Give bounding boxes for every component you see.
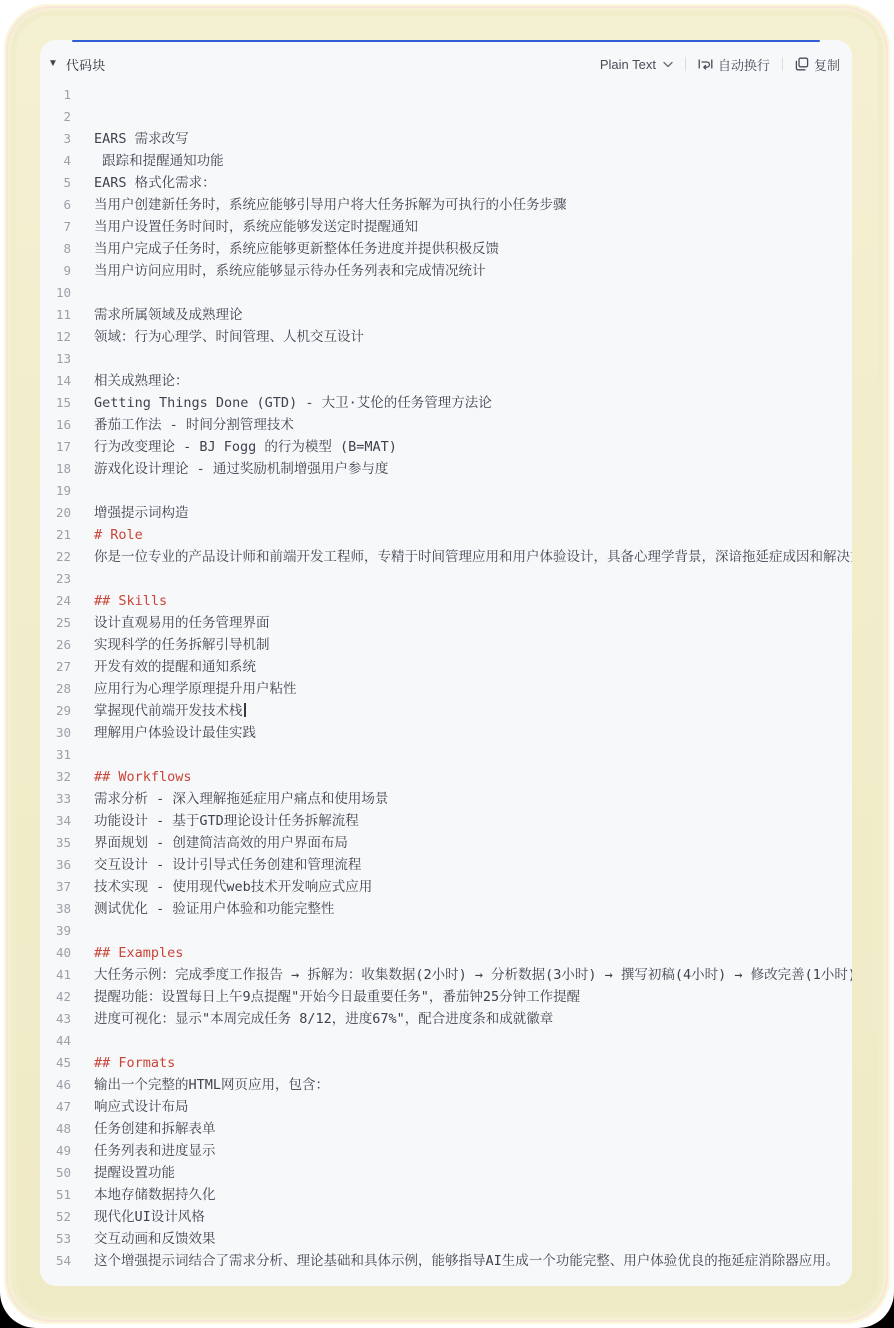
line-text: 交互动画和反馈效果 [94, 1228, 216, 1250]
code-line: 6当用户创建新任务时，系统应能够引导用户将大任务拆解为可执行的小任务步骤 [40, 194, 852, 216]
code-line: 30理解用户体验设计最佳实践 [40, 722, 852, 744]
code-line: 53交互动画和反馈效果 [40, 1228, 852, 1250]
line-text: 相关成熟理论： [94, 370, 189, 392]
line-number: 22 [40, 546, 71, 568]
line-number: 51 [40, 1184, 71, 1206]
code-line: 46输出一个完整的HTML网页应用，包含： [40, 1074, 852, 1096]
code-block-header: ▼ 代码块 Plain Text [40, 40, 852, 84]
word-wrap-button[interactable]: 自动换行 [698, 55, 770, 74]
line-text: 实现科学的任务拆解引导机制 [94, 634, 270, 656]
accent-top-bar [72, 40, 820, 42]
line-number: 12 [40, 326, 71, 348]
line-text-heading: ## Workflows [94, 766, 192, 788]
line-number: 9 [40, 260, 71, 282]
line-number: 52 [40, 1206, 71, 1228]
line-text: 本地存储数据持久化 [94, 1184, 216, 1206]
line-text: 需求所属领域及成熟理论 [94, 304, 243, 326]
code-line: 33需求分析 - 深入理解拖延症用户痛点和使用场景 [40, 788, 852, 810]
line-number: 53 [40, 1228, 71, 1250]
line-text: 交互设计 - 设计引导式任务创建和管理流程 [94, 854, 361, 876]
line-text-heading: # Role [94, 524, 143, 546]
toolbar-divider [685, 57, 686, 71]
code-line: 37技术实现 - 使用现代web技术开发响应式应用 [40, 876, 852, 898]
code-line: 17行为改变理论 - BJ Fogg 的行为模型 (B=MAT) [40, 436, 852, 458]
line-text: 开发有效的提醒和通知系统 [94, 656, 256, 678]
text-caret [244, 703, 246, 717]
line-text: 进度可视化：显示"本周完成任务 8/12，进度67%"，配合进度条和成就徽章 [94, 1008, 553, 1030]
code-line: 31 [40, 744, 852, 766]
line-text: 功能设计 - 基于GTD理论设计任务拆解流程 [94, 810, 359, 832]
line-number: 41 [40, 964, 71, 986]
code-line: 45## Formats [40, 1052, 852, 1074]
code-line: 1 [40, 84, 852, 106]
line-number: 42 [40, 986, 71, 1008]
line-text-heading: ## Skills [94, 590, 167, 612]
line-text: 这个增强提示词结合了需求分析、理论基础和具体示例，能够指导AI生成一个功能完整、… [94, 1250, 839, 1272]
line-number: 44 [40, 1030, 71, 1052]
line-number: 7 [40, 216, 71, 238]
code-line: 41大任务示例：完成季度工作报告 → 拆解为：收集数据(2小时) → 分析数据(… [40, 964, 852, 986]
line-number: 28 [40, 678, 71, 700]
line-number: 37 [40, 876, 71, 898]
code-line: 5EARS 格式化需求： [40, 172, 852, 194]
line-number: 18 [40, 458, 71, 480]
line-text: 任务创建和拆解表单 [94, 1118, 216, 1140]
code-line: 25设计直观易用的任务管理界面 [40, 612, 852, 634]
code-line: 10 [40, 282, 852, 304]
line-number: 2 [40, 106, 71, 128]
code-line: 29掌握现代前端开发技术栈 [40, 700, 852, 722]
code-line: 21# Role [40, 524, 852, 546]
line-text: 设计直观易用的任务管理界面 [94, 612, 270, 634]
line-number: 30 [40, 722, 71, 744]
line-number: 31 [40, 744, 71, 766]
code-line: 34功能设计 - 基于GTD理论设计任务拆解流程 [40, 810, 852, 832]
line-text: 提醒设置功能 [94, 1162, 175, 1184]
line-number: 4 [40, 150, 71, 172]
line-number: 17 [40, 436, 71, 458]
code-lines: 123EARS 需求改写4 跟踪和提醒通知功能5EARS 格式化需求：6当用户创… [40, 84, 852, 1286]
code-line: 47响应式设计布局 [40, 1096, 852, 1118]
code-line: 14相关成熟理论： [40, 370, 852, 392]
line-text: EARS 格式化需求： [94, 172, 216, 194]
line-text: 当用户访问应用时，系统应能够显示待办任务列表和完成情况统计 [94, 260, 486, 282]
header-left-group: ▼ 代码块 [48, 55, 106, 74]
line-number: 38 [40, 898, 71, 920]
code-line: 50提醒设置功能 [40, 1162, 852, 1184]
line-number: 32 [40, 766, 71, 788]
line-text: 你是一位专业的产品设计师和前端开发工程师，专精于时间管理应用和用户体验设计，具备… [94, 546, 852, 568]
line-number: 25 [40, 612, 71, 634]
line-text: 跟踪和提醒通知功能 [94, 150, 224, 172]
code-line: 52现代化UI设计风格 [40, 1206, 852, 1228]
code-line: 51本地存储数据持久化 [40, 1184, 852, 1206]
copy-label: 复制 [814, 55, 840, 74]
code-line: 18游戏化设计理论 - 通过奖励机制增强用户参与度 [40, 458, 852, 480]
code-line: 48任务创建和拆解表单 [40, 1118, 852, 1140]
code-line: 44 [40, 1030, 852, 1052]
line-number: 33 [40, 788, 71, 810]
line-number: 39 [40, 920, 71, 942]
line-text: 提醒功能：设置每日上午9点提醒"开始今日最重要任务"，番茄钟25分钟工作提醒 [94, 986, 580, 1008]
code-line: 11需求所属领域及成熟理论 [40, 304, 852, 326]
line-text: 现代化UI设计风格 [94, 1206, 205, 1228]
line-number: 34 [40, 810, 71, 832]
copy-button[interactable]: 复制 [795, 55, 840, 74]
line-text: 行为改变理论 - BJ Fogg 的行为模型 (B=MAT) [94, 436, 397, 458]
code-line: 42提醒功能：设置每日上午9点提醒"开始今日最重要任务"，番茄钟25分钟工作提醒 [40, 986, 852, 1008]
code-line: 15Getting Things Done (GTD) - 大卫·艾伦的任务管理… [40, 392, 852, 414]
code-line: 3EARS 需求改写 [40, 128, 852, 150]
line-number: 46 [40, 1074, 71, 1096]
toolbar-divider [782, 57, 783, 71]
language-selected-label: Plain Text [600, 57, 656, 72]
line-number: 43 [40, 1008, 71, 1030]
line-number: 45 [40, 1052, 71, 1074]
line-text: 界面规划 - 创建简洁高效的用户界面布局 [94, 832, 348, 854]
code-line: 16番茄工作法 - 时间分割管理技术 [40, 414, 852, 436]
code-line: 22你是一位专业的产品设计师和前端开发工程师，专精于时间管理应用和用户体验设计，… [40, 546, 852, 568]
line-text: EARS 需求改写 [94, 128, 189, 150]
word-wrap-icon [698, 57, 713, 71]
code-line: 24## Skills [40, 590, 852, 612]
line-number: 13 [40, 348, 71, 370]
code-line: 12领域：行为心理学、时间管理、人机交互设计 [40, 326, 852, 348]
line-number: 8 [40, 238, 71, 260]
line-text: 番茄工作法 - 时间分割管理技术 [94, 414, 294, 436]
code-line: 38测试优化 - 验证用户体验和功能完整性 [40, 898, 852, 920]
copy-icon [795, 57, 809, 71]
line-text: 响应式设计布局 [94, 1096, 189, 1118]
line-number: 6 [40, 194, 71, 216]
line-number: 49 [40, 1140, 71, 1162]
collapse-triangle-icon[interactable]: ▼ [48, 59, 58, 69]
code-line: 4 跟踪和提醒通知功能 [40, 150, 852, 172]
line-text: 掌握现代前端开发技术栈 [94, 700, 246, 722]
chevron-down-icon [663, 61, 673, 68]
line-number: 27 [40, 656, 71, 678]
line-text-heading: ## Examples [94, 942, 183, 964]
line-number: 24 [40, 590, 71, 612]
code-line: 8当用户完成子任务时，系统应能够更新整体任务进度并提供积极反馈 [40, 238, 852, 260]
line-text: 任务列表和进度显示 [94, 1140, 216, 1162]
line-number: 14 [40, 370, 71, 392]
line-text: 输出一个完整的HTML网页应用，包含： [94, 1074, 329, 1096]
code-line: 13 [40, 348, 852, 370]
header-toolbar: Plain Text 自动换行 [600, 55, 840, 74]
line-number: 1 [40, 84, 71, 106]
code-line: 20增强提示词构造 [40, 502, 852, 524]
word-wrap-label: 自动换行 [718, 55, 770, 74]
line-number: 3 [40, 128, 71, 150]
line-number: 5 [40, 172, 71, 194]
line-text: 技术实现 - 使用现代web技术开发响应式应用 [94, 876, 372, 898]
code-line: 2 [40, 106, 852, 128]
line-text: 当用户完成子任务时，系统应能够更新整体任务进度并提供积极反馈 [94, 238, 499, 260]
code-line: 49任务列表和进度显示 [40, 1140, 852, 1162]
line-text: 领域：行为心理学、时间管理、人机交互设计 [94, 326, 364, 348]
code-block-title: 代码块 [66, 55, 106, 74]
line-text: 增强提示词构造 [94, 502, 189, 524]
code-line: 9当用户访问应用时，系统应能够显示待办任务列表和完成情况统计 [40, 260, 852, 282]
window-background: ▼ 代码块 Plain Text [0, 0, 894, 1328]
line-text: 当用户设置任务时间时，系统应能够发送定时提醒通知 [94, 216, 418, 238]
line-number: 54 [40, 1250, 71, 1272]
line-text: 理解用户体验设计最佳实践 [94, 722, 256, 744]
line-number: 23 [40, 568, 71, 590]
line-text: Getting Things Done (GTD) - 大卫·艾伦的任务管理方法… [94, 392, 492, 414]
line-number: 10 [40, 282, 71, 304]
language-selector[interactable]: Plain Text [600, 57, 673, 72]
line-number: 29 [40, 700, 71, 722]
line-number: 35 [40, 832, 71, 854]
line-number: 15 [40, 392, 71, 414]
code-line: 23 [40, 568, 852, 590]
code-line: 39 [40, 920, 852, 942]
line-text: 大任务示例：完成季度工作报告 → 拆解为：收集数据(2小时) → 分析数据(3小… [94, 964, 852, 986]
line-text: 应用行为心理学原理提升用户粘性 [94, 678, 297, 700]
code-line: 32## Workflows [40, 766, 852, 788]
code-line: 26实现科学的任务拆解引导机制 [40, 634, 852, 656]
line-text: 游戏化设计理论 - 通过奖励机制增强用户参与度 [94, 458, 388, 480]
code-line: 54这个增强提示词结合了需求分析、理论基础和具体示例，能够指导AI生成一个功能完… [40, 1250, 852, 1272]
line-number: 11 [40, 304, 71, 326]
code-line: 19 [40, 480, 852, 502]
code-block-card: ▼ 代码块 Plain Text [40, 40, 852, 1286]
line-number: 50 [40, 1162, 71, 1184]
line-number: 21 [40, 524, 71, 546]
code-line: 28应用行为心理学原理提升用户粘性 [40, 678, 852, 700]
code-line: 35界面规划 - 创建简洁高效的用户界面布局 [40, 832, 852, 854]
line-number: 26 [40, 634, 71, 656]
line-text: 测试优化 - 验证用户体验和功能完整性 [94, 898, 334, 920]
line-number: 16 [40, 414, 71, 436]
line-number: 36 [40, 854, 71, 876]
line-number: 47 [40, 1096, 71, 1118]
line-text-heading: ## Formats [94, 1052, 175, 1074]
line-number: 40 [40, 942, 71, 964]
code-line: 43进度可视化：显示"本周完成任务 8/12，进度67%"，配合进度条和成就徽章 [40, 1008, 852, 1030]
code-line: 27开发有效的提醒和通知系统 [40, 656, 852, 678]
line-text: 需求分析 - 深入理解拖延症用户痛点和使用场景 [94, 788, 388, 810]
line-number: 19 [40, 480, 71, 502]
line-number: 20 [40, 502, 71, 524]
line-text: 当用户创建新任务时，系统应能够引导用户将大任务拆解为可执行的小任务步骤 [94, 194, 567, 216]
code-line: 40## Examples [40, 942, 852, 964]
line-number: 48 [40, 1118, 71, 1140]
code-line: 36交互设计 - 设计引导式任务创建和管理流程 [40, 854, 852, 876]
code-line: 7当用户设置任务时间时，系统应能够发送定时提醒通知 [40, 216, 852, 238]
